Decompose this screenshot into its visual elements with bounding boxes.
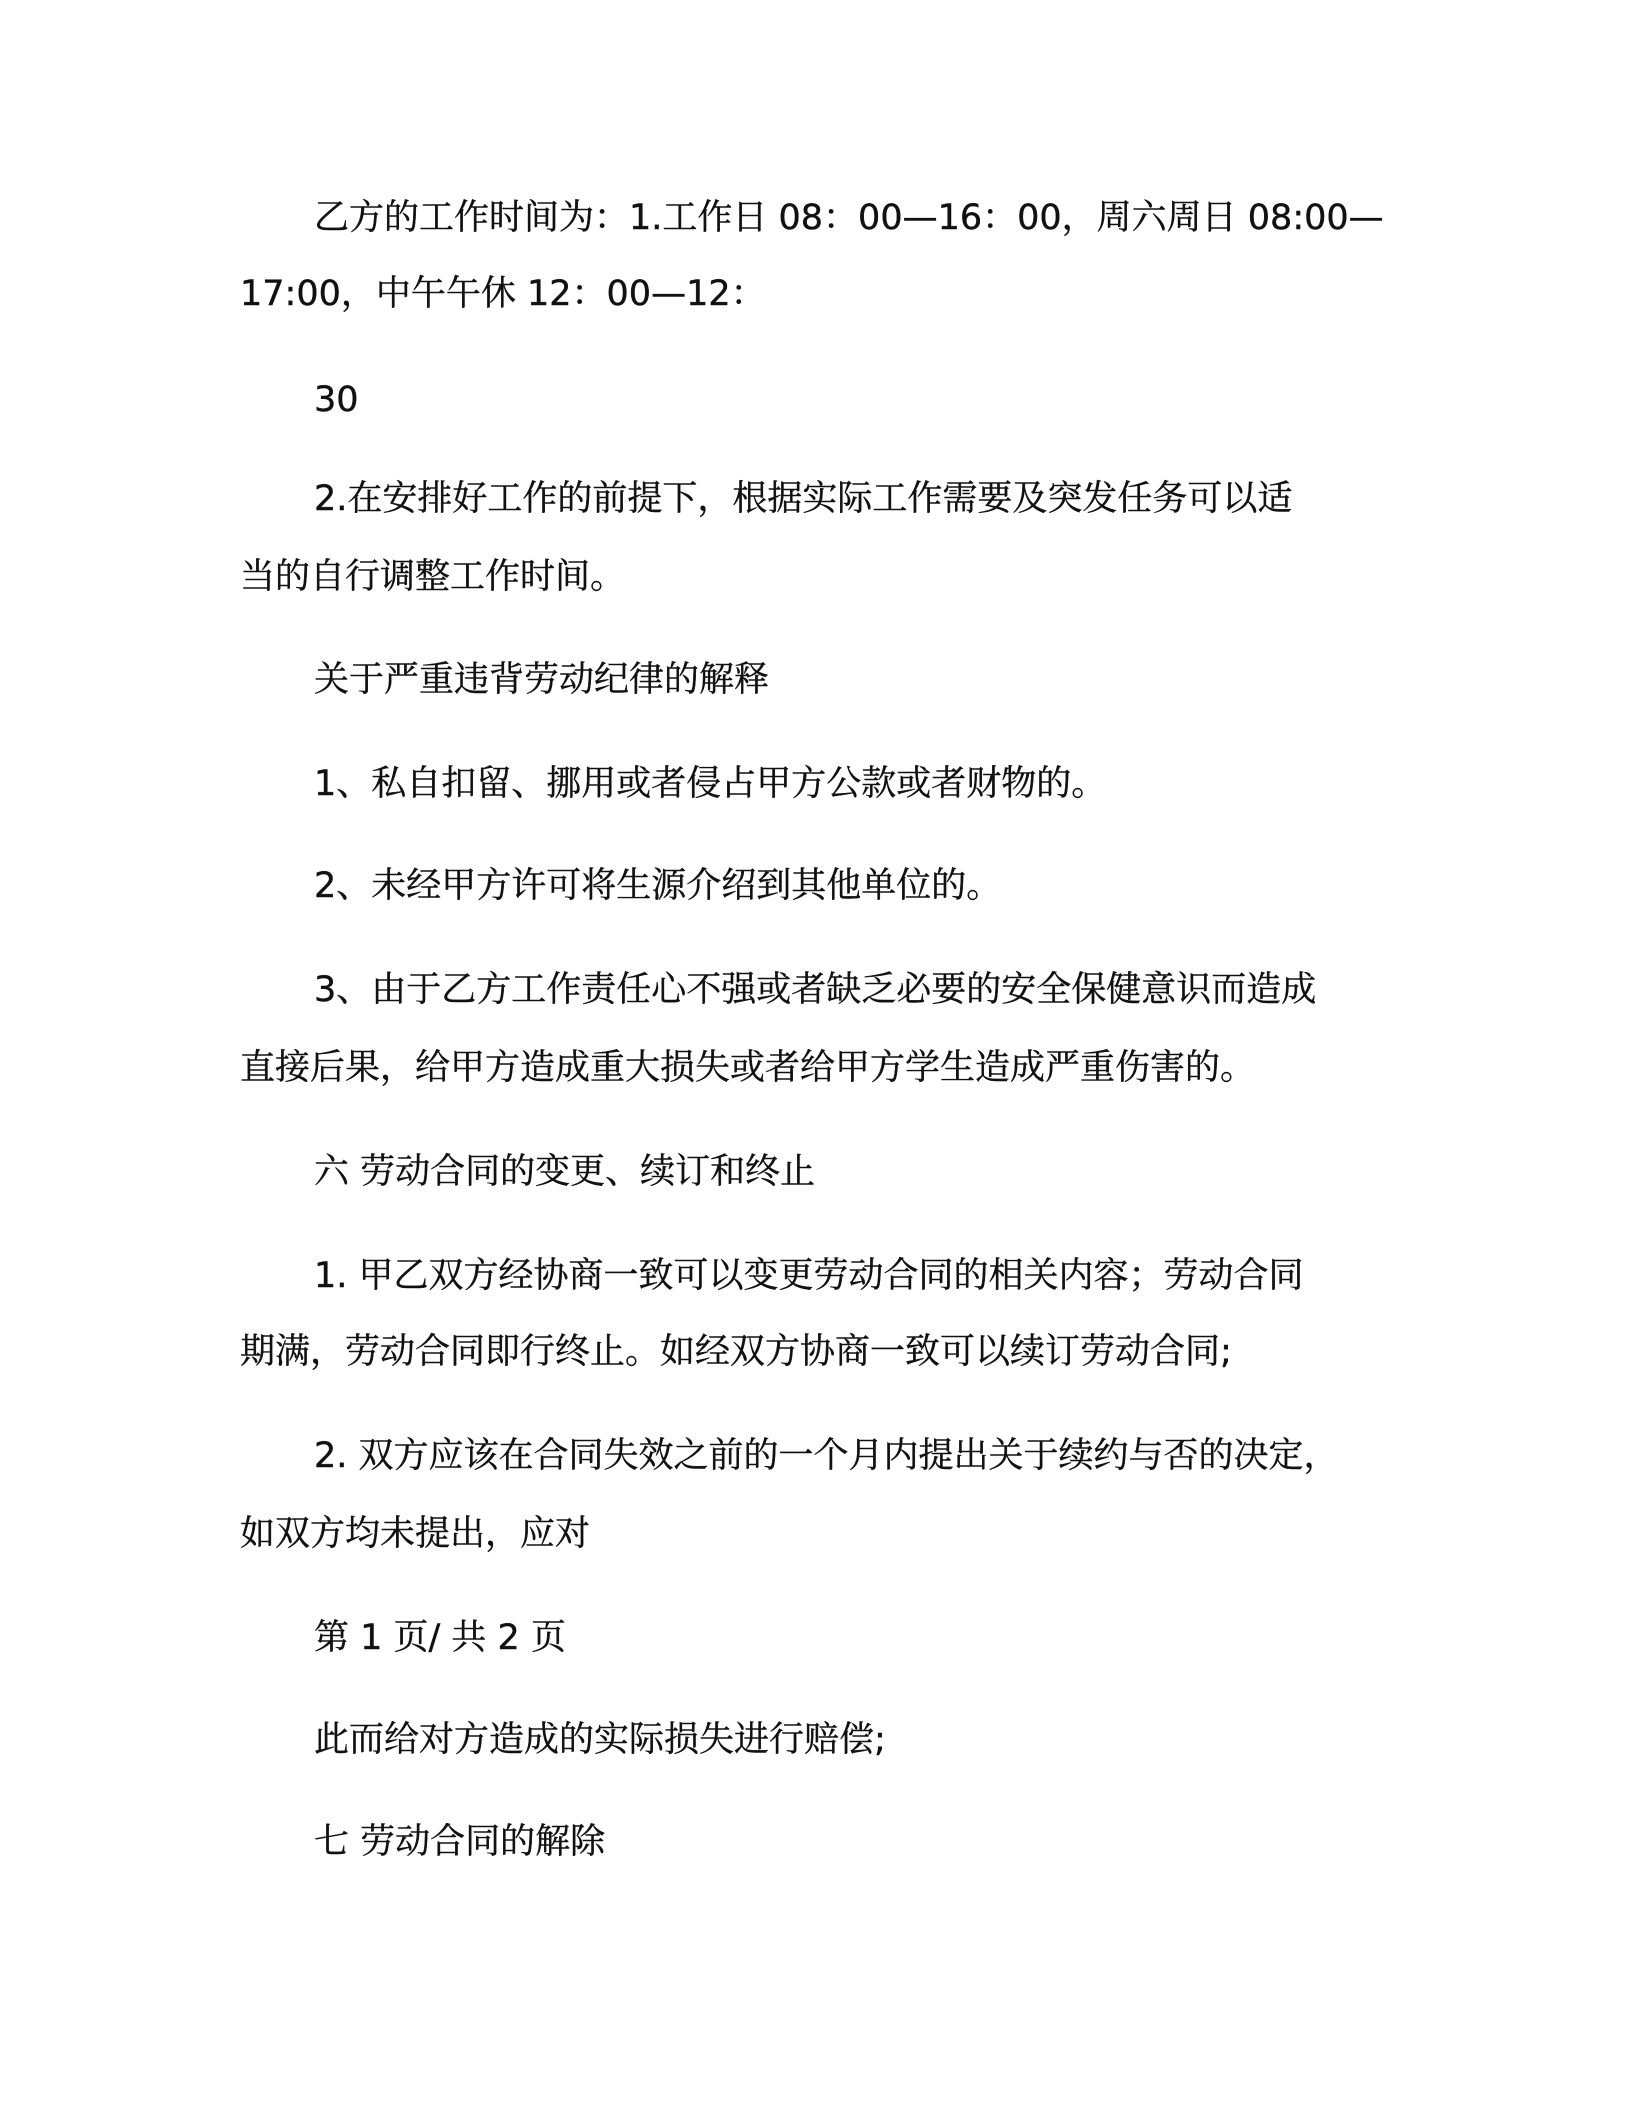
document-page: 乙方的工作时间为：1.工作日 08：00—16：00，周六周日 08:00— 1… (0, 0, 1632, 2112)
discipline-item-3-line-2: 直接后果，给甲方造成重大损失或者给甲方学生造成严重伤害的。 (240, 1046, 1255, 1090)
section-6-heading: 六 劳动合同的变更、续订和终止 (314, 1150, 815, 1194)
page-footer-indicator: 第 1 页/ 共 2 页 (314, 1616, 566, 1660)
section-6-item-2-line-2: 如双方均未提出，应对 (240, 1512, 590, 1556)
section-6-item-2-line-1: 2. 双方应该在合同失效之前的一个月内提出关于续约与否的决定， (314, 1434, 1339, 1478)
work-hours-line-3: 30 (314, 378, 359, 422)
discipline-item-2: 2、未经甲方许可将生源介绍到其他单位的。 (314, 864, 1001, 908)
discipline-item-3-line-1: 3、由于乙方工作责任心不强或者缺乏必要的安全保健意识而造成 (314, 968, 1316, 1012)
work-hours-line-2: 17:00，中午午休 12：00—12： (240, 272, 766, 316)
discipline-heading: 关于严重违背劳动纪律的解释 (314, 658, 769, 702)
work-hours-adjust-line-2: 当的自行调整工作时间。 (240, 555, 625, 599)
section-6-item-1-line-2: 期满，劳动合同即行终止。如经双方协商一致可以续订劳动合同; (240, 1330, 1232, 1374)
section-7-heading: 七 劳动合同的解除 (314, 1820, 605, 1864)
discipline-item-1: 1、私自扣留、挪用或者侵占甲方公款或者财物的。 (314, 762, 1106, 806)
section-6-item-1-line-1: 1. 甲乙双方经协商一致可以变更劳动合同的相关内容；劳动合同 (314, 1254, 1304, 1298)
section-6-item-2-continuation: 此而给对方造成的实际损失进行赔偿; (314, 1718, 886, 1762)
work-hours-adjust-line-1: 2.在安排好工作的前提下，根据实际工作需要及突发任务可以适 (314, 477, 1292, 521)
work-hours-line-1: 乙方的工作时间为：1.工作日 08：00—16：00，周六周日 08:00— (314, 196, 1384, 240)
